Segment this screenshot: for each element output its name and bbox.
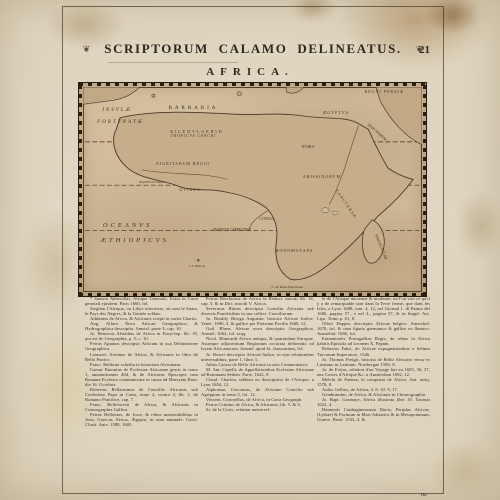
map-label: ÆQVINOCTIALIS bbox=[139, 180, 165, 184]
printer-ornament-icon: ❦ bbox=[83, 44, 91, 55]
map-engraving bbox=[83, 87, 422, 292]
map-label: ÆTHIOPICVS bbox=[100, 239, 169, 243]
bibliography-entry: St. de la Croix, relation universel- bbox=[201, 407, 314, 412]
bibliography-entry: Jo. Thomas Freigii, historia de Bello Af… bbox=[317, 357, 430, 367]
bibliography-entry: Melchi de Faenza, la conquista de Africa… bbox=[317, 377, 430, 387]
map-label: OCEANVS bbox=[103, 224, 153, 228]
map-label: NIGRITARVM REGIO bbox=[156, 162, 210, 166]
map-label: FORTVNATÆ bbox=[97, 121, 144, 125]
map-label: REGNI PERSIÆ bbox=[365, 90, 405, 94]
map-graduation bbox=[79, 83, 82, 296]
bibliography-entry: Leonard. Aretinus de Africa, & Africanis… bbox=[85, 352, 198, 362]
map-label: ÆGYPTVS bbox=[323, 111, 349, 115]
bibliography-entry: * Sanson Abbevillai, Afrique Generale, E… bbox=[85, 296, 198, 306]
bibliography-entry: Franc. Belleforesti de Africa, & African… bbox=[85, 402, 198, 412]
page-number: 21 bbox=[419, 44, 430, 56]
bibliography-column-2: Petrus Berchorius de Africa in Reduct. m… bbox=[201, 296, 314, 498]
map-label: I. S. Helena bbox=[189, 264, 206, 268]
bibliography-entry: Guil. Blaeu. Africae nova descriptio Geo… bbox=[201, 326, 314, 336]
scanned-page: ❦ SCRIPTORUM CALAMO DELINEATUS. ❦ 21 AFR… bbox=[0, 0, 500, 500]
stain bbox=[425, 0, 480, 35]
bibliography-entry: Robertus Fabri, de Africae expugnationib… bbox=[317, 346, 430, 356]
header-rule bbox=[108, 62, 238, 63]
map-label: INSVLÆ bbox=[102, 109, 132, 113]
page-header: ❦ SCRIPTORUM CALAMO DELINEATUS. ❦ bbox=[62, 40, 444, 58]
map-label: MONOMOTAPA bbox=[275, 249, 313, 253]
bibliography-entry: Petrus Apianus descripsit Africam in sua… bbox=[85, 341, 198, 351]
bibliography-entry: Severinus Binius descripsit Concilia Afr… bbox=[201, 306, 314, 316]
bibliography: * Sanson Abbevillai, Afrique Generale, E… bbox=[85, 296, 430, 498]
bibliography-entry: Jo. de Frejus, relation d'un Voyage fait… bbox=[317, 367, 430, 377]
map-title: AFRICA. bbox=[0, 66, 500, 78]
bibliography-entry: Jo. Boteri descriptio Africae Italice, i… bbox=[201, 352, 314, 362]
bibliography-entry: Franc. Balduini schedia in historiam Afr… bbox=[85, 362, 198, 367]
map-label: TROPICVS CANCRI bbox=[171, 134, 216, 138]
bibliography-entry: Jo. Henricus Alstedius de Africa in Ency… bbox=[85, 331, 198, 341]
bibliography-entry: Robertus Bellarminus de Conciliis Africa… bbox=[85, 387, 198, 402]
bibliography-entry: Claud. Charlon, tableau ou description d… bbox=[201, 377, 314, 387]
bibliography-entry: Nicol. Blancardi Africa antiqua, & quaru… bbox=[201, 336, 314, 351]
map-label: NVBIA bbox=[302, 145, 315, 149]
map-label: TROPICVS CAPRICORNI bbox=[212, 228, 250, 232]
bibliography-entry: le de l'Afrique ancienne & moderne; ou l… bbox=[317, 296, 430, 321]
catchword: Ha- bbox=[421, 492, 428, 497]
bibliography-entry: Emmanuelis Portugalliae Regis, de rebus … bbox=[317, 336, 430, 346]
stain bbox=[430, 440, 500, 500]
map-label: BARBARIA bbox=[169, 107, 219, 111]
bibliography-entry: Aug. Alfaro Nova Africae Geographica, & … bbox=[85, 321, 198, 331]
bibliography-entry: Jo. Bapt. Gramaye, Africa illustrata lib… bbox=[317, 397, 430, 407]
bibliography-entry: M. Ant. Capelli, de Appellationibus Eccl… bbox=[201, 367, 314, 377]
africa-map: INSVLÆFORTVNATÆBARBARIAÆGYPTVSREGNI PERS… bbox=[78, 82, 427, 297]
stain bbox=[290, 0, 335, 22]
map-label: CONGO bbox=[259, 217, 273, 221]
bibliography-column-1: * Sanson Abbevillai, Afrique Generale, E… bbox=[85, 296, 198, 498]
bibliography-column-3: le de l'Afrique ancienne & moderne; ou l… bbox=[317, 296, 430, 498]
map-graduation bbox=[423, 83, 426, 296]
map-graduation bbox=[79, 83, 426, 86]
bibliography-entry: Sieglem l'Afrique, ou Libye ulterieure, … bbox=[85, 306, 198, 316]
map-label: ABISSINORVM bbox=[303, 175, 341, 179]
page-title: SCRIPTORUM CALAMO DELINEATUS. bbox=[104, 41, 402, 57]
bibliography-entry: Hannonis Carthaginensium Ducis, Periplus… bbox=[317, 407, 430, 422]
map-label: C. de Bona Esperanza bbox=[272, 285, 303, 289]
bibliography-entry: Caesar Baronius de Ecclesiae Africanae g… bbox=[85, 367, 198, 387]
map-label: GVINEA bbox=[179, 188, 200, 192]
bibliography-entry: Olfert Dapper, descriptio Africae belgic… bbox=[317, 321, 430, 336]
bibliography-entry: Petrus Berchorius de Africa in Reduct. m… bbox=[201, 296, 314, 306]
bibliography-entry: Julius Caesar de Bello Africano in suis … bbox=[201, 362, 314, 367]
bibliography-entry: Alphonsus Ciaconius, de Africano Concili… bbox=[201, 387, 314, 397]
stain bbox=[455, 190, 500, 260]
stain bbox=[340, 0, 490, 70]
bibliography-entry: Petrus Bellonius, de Luce, & rebus memor… bbox=[85, 412, 198, 427]
bibliography-entry: Jo. Bonfily Biroga Augustin. historia Af… bbox=[201, 316, 314, 326]
